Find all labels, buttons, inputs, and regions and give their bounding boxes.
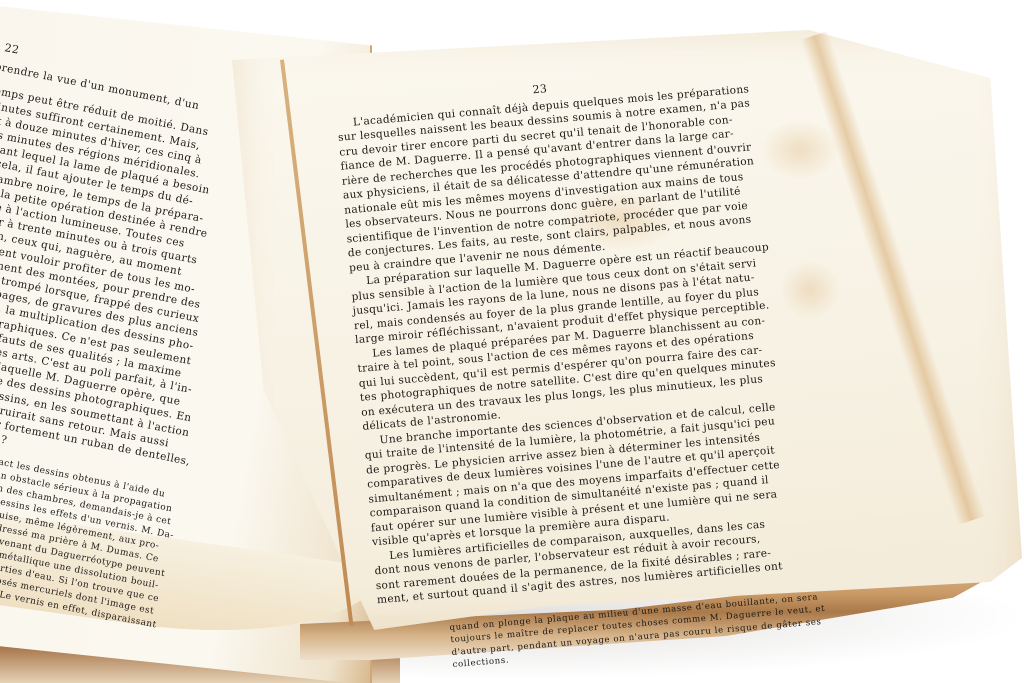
book-photo: 22 prendre la vue d'un monument, d'un te… [0, 0, 1024, 683]
foxing-stain [760, 120, 840, 180]
foxing-stain [780, 260, 840, 320]
right-page-text: 23 L'académicien qui connaît déjà depuis… [335, 65, 802, 678]
